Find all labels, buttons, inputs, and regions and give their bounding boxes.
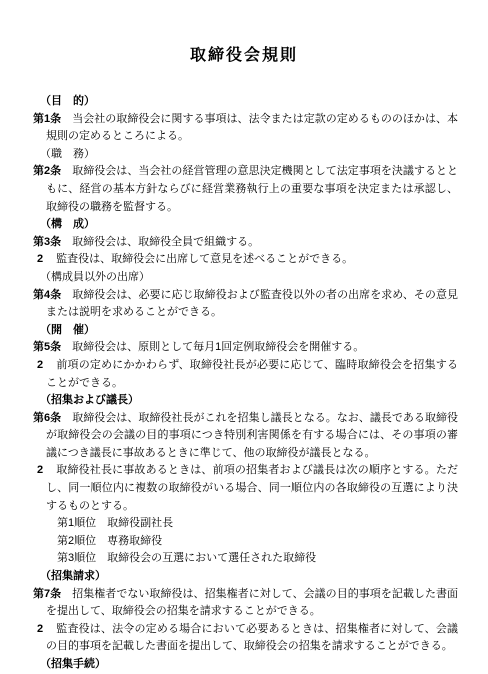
paragraph-number: 2 [37,623,43,635]
rank-line: 第2順位 専務取締役 [33,533,458,551]
paragraph-number: 第6条 [33,412,61,424]
paragraph-number: 第4条 [33,289,61,301]
document-page: 取締役会規則 （目 的）第1条当会社の取締役会に関する事項は、法令または定款の定… [0,0,488,674]
section-heading: （招集手続） [33,656,458,674]
paragraph: 第6条取締役会は、取締役社長がこれを招集し議長となる。なお、議長である取締役が取… [33,410,458,463]
paragraph-number: 第5条 [33,341,61,353]
paragraph-number: 2 [37,464,43,476]
document-title: 取締役会規則 [0,0,488,66]
section-heading: （招集請求） [33,568,458,586]
paragraph: 第5条取締役会は、原則として毎月1回定例取締役会を開催する。 [33,339,458,357]
section-heading: （目 的） [33,93,458,111]
rank-line: 第3順位 取締役会の互選において選任された取締役 [33,550,458,568]
paragraph: 第3条取締役会は、取締役全員で組織する。 [33,234,458,252]
paragraph-number: 第7条 [33,588,61,600]
rank-line: 第1順位 取締役副社長 [33,515,458,533]
document-body: （目 的）第1条当会社の取締役会に関する事項は、法令または定款の定めるもののほか… [0,93,488,674]
paragraph: 2監査役は、取締役会に出席して意見を述べることができる。 [33,251,458,269]
section-heading: （構成員以外の出席） [33,269,458,287]
paragraph-number: 第2条 [33,165,61,177]
section-heading: （構 成） [33,216,458,234]
paragraph-number: 第3条 [33,236,61,248]
section-heading: （開 催） [33,322,458,340]
paragraph-number: 第1条 [33,113,61,125]
paragraph: 2取締役社長に事故あるときは、前項の招集者および議長は次の順序とする。ただし、同… [33,462,458,515]
paragraph: 2監査役は、法令の定める場合において必要あるときは、招集権者に対して、会議の目的… [33,621,458,656]
paragraph: 第1条当会社の取締役会に関する事項は、法令または定款の定めるもののほかは、本規則… [33,111,458,146]
paragraph-number: 2 [37,359,43,371]
section-heading: （職 務） [33,146,458,164]
paragraph: 第2条取締役会は、当会社の経営管理の意思決定機関として法定事項を決議するとともに… [33,163,458,216]
paragraph: 第4条取締役会は、必要に応じ取締役および監査役以外の者の出席を求め、その意見また… [33,287,458,322]
section-heading: （招集および議長） [33,392,458,410]
paragraph: 第7条招集権者でない取締役は、招集権者に対して、会議の目的事項を記載した書面を提… [33,586,458,621]
paragraph-number: 2 [37,253,43,265]
paragraph: 2前項の定めにかかわらず、取締役社長が必要に応じて、臨時取締役会を招集することが… [33,357,458,392]
